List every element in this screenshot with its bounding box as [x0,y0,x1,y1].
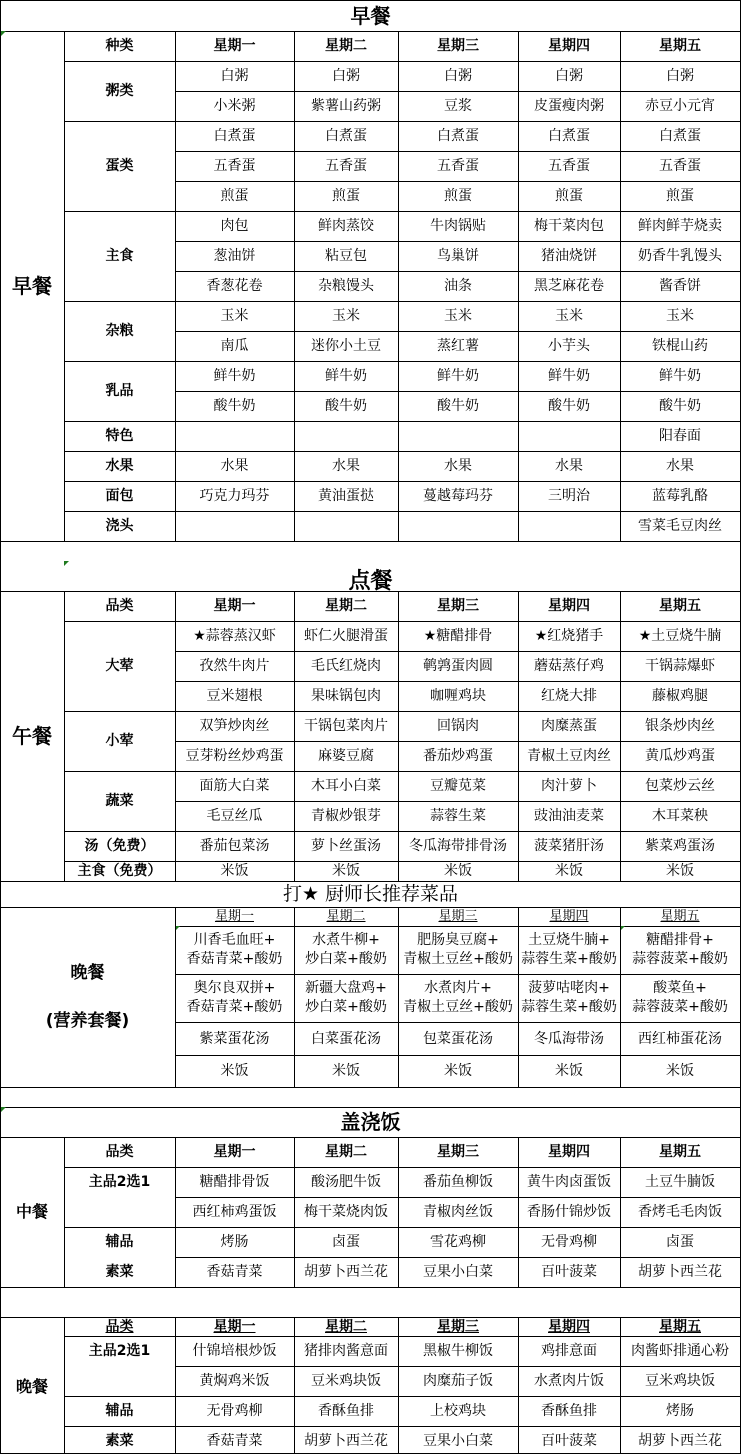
meal-label-dinner-set: 晚餐(营养套餐) [0,907,175,1087]
menu-item-cell: 白粥 [294,61,398,91]
menu-item-cell: 三明治 [518,481,620,511]
meal-label-text: (营养套餐) [46,997,130,1045]
menu-item-cell: 米饭 [175,861,294,881]
grid-line [64,591,65,882]
menu-item-cell: 酱香饼 [620,271,740,301]
set-meal-line: 香菇青菜+酸奶 [187,950,283,969]
menu-item-cell: 鸡排意面 [518,1336,620,1366]
menu-item-cell: 铁棍山药 [620,331,740,361]
set-meal-cell: 川香毛血旺+香菇青菜+酸奶 [175,926,294,974]
menu-item-cell: 猪排肉酱意面 [294,1336,398,1366]
menu-item-cell: 百叶菠菜 [518,1257,620,1287]
menu-item-cell: 雪花鸡柳 [398,1227,518,1257]
menu-item-cell: 麻婆豆腐 [294,741,398,771]
menu-item-cell: 白粥 [175,61,294,91]
column-header-day: 星期三 [398,31,518,61]
grid-line [620,907,621,1088]
menu-item-cell: 香菇青菜 [175,1257,294,1287]
menu-item-cell: 无骨鸡柳 [175,1396,294,1426]
menu-item-cell: 番茄包菜汤 [175,831,294,861]
menu-item-cell: 豆瓣苋菜 [398,771,518,801]
menu-item-cell: 烤肠 [620,1396,740,1426]
menu-item-cell: 煎蛋 [294,181,398,211]
menu-item-cell [398,511,518,541]
menu-item-cell: 水果 [518,451,620,481]
set-meal-line: 川香毛血旺+ [194,931,276,950]
menu-item-cell: 香肠什锦炒饭 [518,1197,620,1227]
menu-item-cell: 米饭 [620,861,740,881]
menu-item-cell: 菠菜猪肝汤 [518,831,620,861]
menu-item-cell: 米饭 [398,861,518,881]
menu-item-cell: ★红烧猪手 [518,621,620,651]
menu-item-cell: 五香蛋 [175,151,294,181]
menu-item-cell: 香烤毛毛肉饭 [620,1197,740,1227]
menu-item-cell: 毛氏红烧肉 [294,651,398,681]
menu-item-cell: 胡萝卜西兰花 [294,1426,398,1454]
menu-item-cell: 肉糜蒸蛋 [518,711,620,741]
category-label: 蔬菜 [64,771,175,831]
column-header-day: 星期一 [175,31,294,61]
menu-item-cell: 红烧大排 [518,681,620,711]
grid-line [398,591,399,882]
meal-label: 晚餐 [0,1317,64,1454]
grid-line [398,1137,399,1288]
menu-item-cell: 煎蛋 [175,181,294,211]
menu-item-cell: 鲜牛奶 [294,361,398,391]
set-meal-line: 水煮牛柳+ [312,931,380,950]
menu-item-cell: 粘豆包 [294,241,398,271]
menu-item-cell: 蘑菇蒸仔鸡 [518,651,620,681]
menu-item-cell: 梅干菜烧肉饭 [294,1197,398,1227]
grid-line [620,591,621,882]
menu-item-cell: 赤豆小元宵 [620,91,740,121]
column-header-day: 星期四 [518,1317,620,1336]
menu-item-cell: 肉包 [175,211,294,241]
column-header-day: 星期二 [294,1317,398,1336]
menu-item-cell: 蒜蓉生菜 [398,801,518,831]
menu-item-cell [175,511,294,541]
column-header-day: 星期五 [620,907,740,926]
menu-item-cell: 酸牛奶 [518,391,620,421]
column-header-day: 星期一 [175,1317,294,1336]
menu-item-cell: 肉汁萝卜 [518,771,620,801]
set-meal-line: 蒜蓉菠菜+酸奶 [632,950,728,969]
grid-line [175,1137,176,1288]
menu-item-cell: 巧克力玛芬 [175,481,294,511]
menu-item-cell: 玉米 [398,301,518,331]
menu-item-cell: 青椒肉丝饭 [398,1197,518,1227]
menu-item-cell: 卤蛋 [620,1227,740,1257]
chef-recommend-note: 打★ 厨师长推荐菜品 [0,881,741,907]
grid-line [518,1317,519,1454]
menu-item-cell: 木耳小白菜 [294,771,398,801]
menu-item-cell: 双笋炒肉丝 [175,711,294,741]
grid-line [620,1317,621,1454]
category-label: 主食 [64,211,175,301]
set-meal-cell: 糖醋排骨+蒜蓉菠菜+酸奶 [620,926,740,974]
menu-item-cell: 酸牛奶 [175,391,294,421]
grid-line [294,31,295,542]
menu-item-cell: 煎蛋 [518,181,620,211]
menu-item-cell: 豉油油麦菜 [518,801,620,831]
menu-item-cell: 玉米 [175,301,294,331]
set-meal-line: 炒白菜+酸奶 [305,998,387,1017]
menu-item-cell: 猪油烧饼 [518,241,620,271]
set-meal-line: 蒜蓉菠菜+酸奶 [632,998,728,1017]
grid-line [398,907,399,1088]
category-label: 主品2选1 [64,1336,175,1366]
menu-item-cell: 豆果小白菜 [398,1257,518,1287]
menu-item-cell: 水果 [294,451,398,481]
category-label: 素菜 [64,1257,175,1287]
menu-item-cell: 迷你小土豆 [294,331,398,361]
menu-item-cell: 酸汤肥牛饭 [294,1167,398,1197]
set-meal-cell: 水煮牛柳+炒白菜+酸奶 [294,926,398,974]
menu-item-cell: 虾仁火腿滑蛋 [294,621,398,651]
menu-item-cell: 小米粥 [175,91,294,121]
menu-item-cell: 紫菜鸡蛋汤 [620,831,740,861]
set-meal-line: 水煮肉片+ [424,979,492,998]
menu-item-cell: 五香蛋 [398,151,518,181]
menu-item-cell: 藤椒鸡腿 [620,681,740,711]
category-label: 小荤 [64,711,175,771]
set-meal-line: 肥肠臭豆腐+ [417,931,499,950]
menu-item-cell: 小芋头 [518,331,620,361]
set-meal-line: 菠萝咕咾肉+ [528,979,610,998]
menu-item-cell: 毛豆丝瓜 [175,801,294,831]
section-title-rice-bowl: 盖浇饭 [0,1107,741,1137]
menu-item-cell: 黑椒牛柳饭 [398,1336,518,1366]
menu-item-cell: 香酥鱼排 [294,1396,398,1426]
menu-item-cell [175,421,294,451]
menu-item-cell: 肉糜茄子饭 [398,1366,518,1396]
menu-item-cell: 雪菜毛豆肉丝 [620,511,740,541]
rice-cell: 米饭 [398,1055,518,1087]
grid-line [175,31,176,542]
menu-item-cell: 黄瓜炒鸡蛋 [620,741,740,771]
set-meal-line: 香菇青菜+酸奶 [187,998,283,1017]
category-label: 水果 [64,451,175,481]
menu-item-cell: 五香蛋 [518,151,620,181]
soup-cell: 白菜蛋花汤 [294,1022,398,1055]
category-label: 素菜 [64,1426,175,1454]
menu-item-cell: 糖醋排骨饭 [175,1167,294,1197]
grid-line [398,31,399,542]
menu-item-cell: 豆米鸡块饭 [620,1366,740,1396]
menu-item-cell: 米饭 [294,861,398,881]
menu-item-cell: 蓝莓乳酪 [620,481,740,511]
menu-item-cell: 银条炒肉丝 [620,711,740,741]
menu-item-cell: 黄油蛋挞 [294,481,398,511]
grid-line [0,1287,741,1288]
menu-item-cell: 煎蛋 [620,181,740,211]
column-header-day: 星期四 [518,907,620,926]
menu-item-cell: 牛肉锅贴 [398,211,518,241]
meal-label-text: 晚餐 [71,949,105,997]
menu-item-cell: 咖喱鸡块 [398,681,518,711]
menu-item-cell: 水果 [620,451,740,481]
category-label: 特色 [64,421,175,451]
column-header-day: 星期二 [294,1137,398,1167]
menu-item-cell: ★土豆烧牛腩 [620,621,740,651]
menu-item-cell: 玉米 [620,301,740,331]
grid-line [294,1137,295,1288]
menu-item-cell: 木耳菜秧 [620,801,740,831]
menu-item-cell: 香菇青菜 [175,1426,294,1454]
menu-item-cell: 蔓越莓玛芬 [398,481,518,511]
column-header-day: 星期一 [175,907,294,926]
section-title-breakfast: 早餐 [0,1,741,31]
column-header-day: 星期四 [518,31,620,61]
grid-line [398,1317,399,1454]
menu-item-cell: 面筋大白菜 [175,771,294,801]
menu-item-cell: 无骨鸡柳 [518,1227,620,1257]
menu-item-cell: 杂粮馒头 [294,271,398,301]
grid-line [0,1087,741,1088]
set-meal-line: 糖醋排骨+ [646,931,714,950]
menu-item-cell: 胡萝卜西兰花 [620,1257,740,1287]
menu-item-cell: 肉酱虾排通心粉 [620,1336,740,1366]
menu-item-cell: 白煮蛋 [294,121,398,151]
menu-item-cell [518,421,620,451]
menu-item-cell: 果味锅包肉 [294,681,398,711]
set-meal-line: 土豆烧牛腩+ [528,931,610,950]
column-header-day: 星期四 [518,591,620,621]
column-header-category: 品类 [64,591,175,621]
column-header-day: 星期四 [518,1137,620,1167]
menu-item-cell: 豆果小白菜 [398,1426,518,1454]
menu-item-cell [398,421,518,451]
menu-item-cell: 胡萝卜西兰花 [620,1426,740,1454]
menu-item-cell: 皮蛋瘦肉粥 [518,91,620,121]
menu-item-cell [294,511,398,541]
category-label: 主食（免费） [64,861,175,881]
set-meal-cell: 酸菜鱼+蒜蓉菠菜+酸奶 [620,974,740,1022]
menu-item-cell: 豆浆 [398,91,518,121]
grid-line [175,591,176,882]
grid-line [175,907,176,1088]
menu-item-cell: 玉米 [518,301,620,331]
column-header-day: 星期二 [294,907,398,926]
menu-item-cell: 干锅蒜爆虾 [620,651,740,681]
column-header-category: 种类 [64,31,175,61]
menu-item-cell: 梅干菜肉包 [518,211,620,241]
meal-label-breakfast: 早餐 [0,31,64,541]
menu-item-cell: 白粥 [398,61,518,91]
menu-item-cell [518,511,620,541]
menu-item-cell: 五香蛋 [620,151,740,181]
column-header-day: 星期五 [620,31,740,61]
rice-cell: 米饭 [294,1055,398,1087]
menu-item-cell: 鲜牛奶 [175,361,294,391]
set-meal-line: 蒜蓉生菜+酸奶 [521,998,617,1017]
menu-item-cell: 土豆牛腩饭 [620,1167,740,1197]
column-header-day: 星期五 [620,1137,740,1167]
menu-item-cell: 孜然牛肉片 [175,651,294,681]
menu-item-cell: 豆米鸡块饭 [294,1366,398,1396]
category-label: 粥类 [64,61,175,121]
column-header-day: 星期三 [398,1317,518,1336]
column-header-day: 星期二 [294,31,398,61]
meal-label-lunch: 午餐 [0,591,64,881]
menu-item-cell: 香酥鱼排 [518,1396,620,1426]
grid-line [64,1317,65,1454]
menu-item-cell: 黄牛肉卤蛋饭 [518,1167,620,1197]
menu-item-cell: 冬瓜海带排骨汤 [398,831,518,861]
menu-item-cell: 鲜肉蒸饺 [294,211,398,241]
menu-item-cell: 煎蛋 [398,181,518,211]
menu-item-cell: 干锅包菜肉片 [294,711,398,741]
menu-item-cell: 鲜肉鲜芋烧卖 [620,211,740,241]
soup-cell: 包菜蛋花汤 [398,1022,518,1055]
grid-line [620,31,621,542]
menu-item-cell: 黄焖鸡米饭 [175,1366,294,1396]
rice-cell: 米饭 [620,1055,740,1087]
set-meal-cell: 菠萝咕咾肉+蒜蓉生菜+酸奶 [518,974,620,1022]
column-header-day: 星期五 [620,591,740,621]
section-title-order: 点餐 [0,541,741,591]
menu-item-cell: 紫薯山药粥 [294,91,398,121]
menu-item-cell: 酸牛奶 [398,391,518,421]
column-header-category: 品类 [64,1317,175,1336]
column-header-day: 星期一 [175,591,294,621]
set-meal-cell: 水煮肉片+青椒土豆丝+酸奶 [398,974,518,1022]
menu-item-cell: 南瓜 [175,331,294,361]
menu-item-cell: 青椒炒银芽 [294,801,398,831]
grid-line [518,591,519,882]
menu-item-cell: 阳春面 [620,421,740,451]
grid-line [64,1137,65,1288]
category-label: 浇头 [64,511,175,541]
menu-item-cell: ★糖醋排骨 [398,621,518,651]
grid-line [294,907,295,1088]
menu-item-cell: 包菜炒云丝 [620,771,740,801]
menu-item-cell: 上校鸡块 [398,1396,518,1426]
menu-item-cell: 葱油饼 [175,241,294,271]
menu-item-cell: 黑芝麻花卷 [518,271,620,301]
menu-item-cell: 油条 [398,271,518,301]
column-header-day: 星期三 [398,907,518,926]
grid-line [518,907,519,1088]
grid-line [518,1137,519,1288]
menu-item-cell: 豆芽粉丝炒鸡蛋 [175,741,294,771]
set-meal-line: 奥尔良双拼+ [194,979,276,998]
menu-item-cell: 鲜牛奶 [518,361,620,391]
menu-item-cell: 白煮蛋 [398,121,518,151]
menu-item-cell: 酸牛奶 [620,391,740,421]
set-meal-line: 蒜蓉生菜+酸奶 [521,950,617,969]
soup-cell: 冬瓜海带汤 [518,1022,620,1055]
menu-item-cell: 鲜牛奶 [620,361,740,391]
set-meal-cell: 新疆大盘鸡+炒白菜+酸奶 [294,974,398,1022]
menu-item-cell: 胡萝卜西兰花 [294,1257,398,1287]
grid-line [294,591,295,882]
menu-item-cell: 番茄炒鸡蛋 [398,741,518,771]
category-label: 辅品 [64,1396,175,1426]
menu-item-cell: 鲜牛奶 [398,361,518,391]
menu-item-cell: 什锦培根炒饭 [175,1336,294,1366]
set-meal-cell: 肥肠臭豆腐+青椒土豆丝+酸奶 [398,926,518,974]
category-label: 乳品 [64,361,175,421]
menu-item-cell: 白粥 [620,61,740,91]
category-label: 汤（免费） [64,831,175,861]
soup-cell: 紫菜蛋花汤 [175,1022,294,1055]
menu-item-cell: 酸牛奶 [294,391,398,421]
column-header-day: 星期一 [175,1137,294,1167]
category-label: 面包 [64,481,175,511]
set-meal-cell: 奥尔良双拼+香菇青菜+酸奶 [175,974,294,1022]
grid-line [518,31,519,542]
set-meal-line: 青椒土豆丝+酸奶 [403,950,513,969]
column-header-day: 星期三 [398,1137,518,1167]
menu-item-cell: 回锅肉 [398,711,518,741]
grid-line [294,1317,295,1454]
set-meal-line: 新疆大盘鸡+ [305,979,387,998]
menu-item-cell: 番茄鱼柳饭 [398,1167,518,1197]
category-label: 蛋类 [64,121,175,211]
menu-item-cell: 卤蛋 [294,1227,398,1257]
menu-item-cell: 青椒土豆肉丝 [518,741,620,771]
column-header-category: 品类 [64,1137,175,1167]
menu-item-cell: 萝卜丝蛋汤 [294,831,398,861]
set-meal-cell: 土豆烧牛腩+蒜蓉生菜+酸奶 [518,926,620,974]
menu-item-cell: 白粥 [518,61,620,91]
column-header-day: 星期三 [398,591,518,621]
menu-item-cell: 蒸红薯 [398,331,518,361]
cell-comment-marker [64,561,69,566]
category-label: 辅品 [64,1227,175,1257]
category-label: 主品2选1 [64,1167,175,1197]
menu-item-cell: 水煮肉片饭 [518,1366,620,1396]
set-meal-line: 炒白菜+酸奶 [305,950,387,969]
menu-item-cell [294,421,398,451]
menu-sheet: 早餐种类星期一星期二星期三星期四星期五白粥白粥白粥白粥白粥小米粥紫薯山药粥豆浆皮… [0,0,741,1454]
menu-item-cell: 烤肠 [175,1227,294,1257]
rice-cell: 米饭 [175,1055,294,1087]
menu-item-cell: 白煮蛋 [620,121,740,151]
set-meal-line: 酸菜鱼+ [653,979,707,998]
category-label: 大荤 [64,621,175,711]
menu-item-cell: 白煮蛋 [518,121,620,151]
menu-item-cell: 百叶菠菜 [518,1426,620,1454]
rice-cell: 米饭 [518,1055,620,1087]
menu-item-cell: 鸟巢饼 [398,241,518,271]
grid-line [64,31,65,542]
menu-item-cell: 奶香牛乳馒头 [620,241,740,271]
menu-item-cell: ★蒜蓉蒸汉虾 [175,621,294,651]
menu-item-cell: 米饭 [518,861,620,881]
menu-item-cell: 水果 [175,451,294,481]
menu-item-cell: 水果 [398,451,518,481]
soup-cell: 西红柿蛋花汤 [620,1022,740,1055]
menu-item-cell: 鹌鹑蛋肉圆 [398,651,518,681]
menu-item-cell: 西红柿鸡蛋饭 [175,1197,294,1227]
grid-line [175,1317,176,1454]
menu-item-cell: 白煮蛋 [175,121,294,151]
meal-label: 中餐 [0,1137,64,1287]
grid-line [620,1137,621,1288]
menu-item-cell: 五香蛋 [294,151,398,181]
menu-item-cell: 豆米翅根 [175,681,294,711]
column-header-day: 星期二 [294,591,398,621]
menu-item-cell: 香葱花卷 [175,271,294,301]
category-label: 杂粮 [64,301,175,361]
set-meal-line: 青椒土豆丝+酸奶 [403,998,513,1017]
column-header-day: 星期五 [620,1317,740,1336]
menu-item-cell: 玉米 [294,301,398,331]
